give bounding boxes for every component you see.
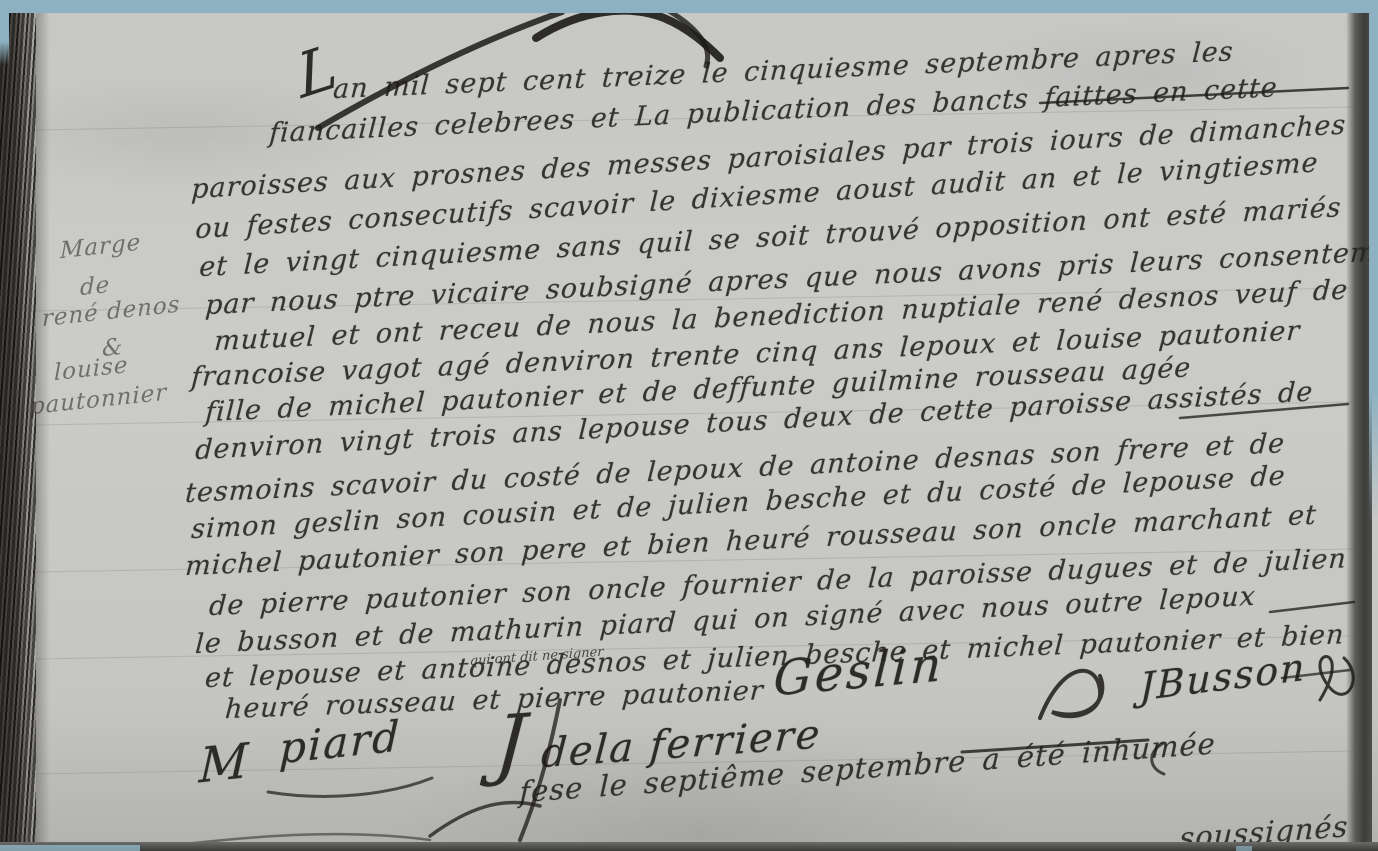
margin-note-line: de xyxy=(80,274,110,300)
scan-border-top xyxy=(0,0,1378,13)
scanned-register-page: Marge de rené denos & louise pautonnier … xyxy=(0,0,1378,851)
book-binding xyxy=(0,13,36,851)
scan-border-bottom-accent xyxy=(1236,846,1252,851)
signature-piard-initial: M xyxy=(198,737,249,791)
scan-border-right xyxy=(1369,0,1378,520)
scan-border-bottom xyxy=(0,842,1378,851)
scan-border-bottom-left xyxy=(0,845,140,851)
scan-border-left xyxy=(0,13,9,65)
signature-piard: piard xyxy=(279,715,402,770)
